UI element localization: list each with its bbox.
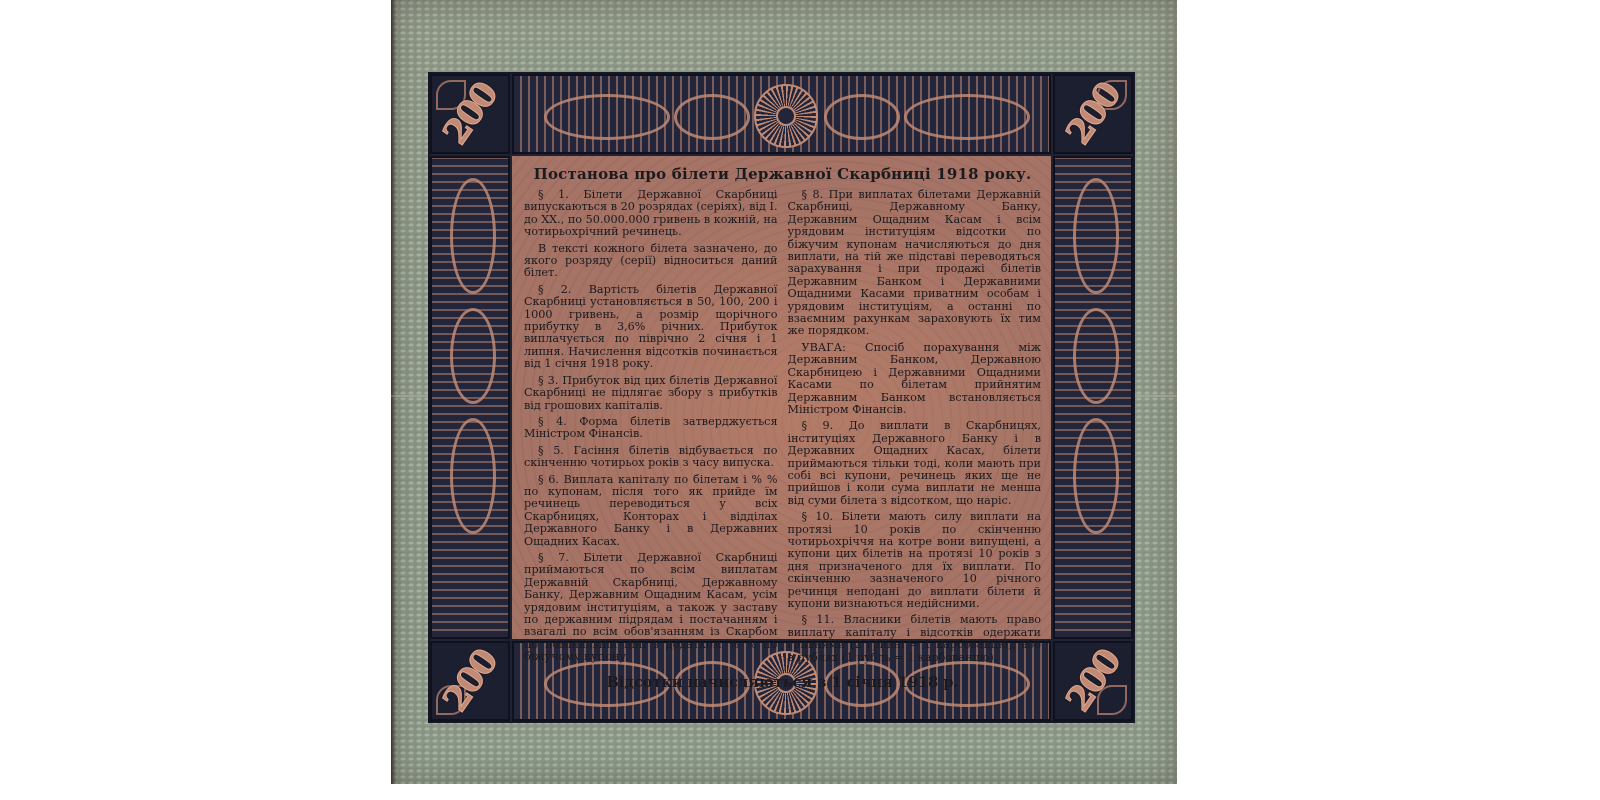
acanthus-scroll-icon xyxy=(1073,178,1119,294)
decree-columns: § 1. Білети Державної Скарбниці випускаю… xyxy=(524,189,1041,668)
top-ornament-band xyxy=(512,74,1051,154)
acanthus-scroll-icon xyxy=(450,178,496,294)
right-ornament-band xyxy=(1053,156,1133,639)
acanthus-scroll-icon xyxy=(674,94,750,140)
paragraph-7: § 7. Білети Державної Скарбниці приймают… xyxy=(524,552,778,664)
acanthus-scroll-icon xyxy=(544,94,670,140)
text-panel: Постанова про білети Державної Скарбниці… xyxy=(512,156,1051,639)
acanthus-scroll-icon xyxy=(450,418,496,534)
left-column: § 1. Білети Державної Скарбниці випускаю… xyxy=(524,189,778,668)
paragraph-8: § 8. При виплатах білетами Державній Ска… xyxy=(788,189,1042,338)
paragraph-3: § 3. Прибуток від цих білетів Державної … xyxy=(524,375,778,412)
corner-denomination-bottom-right: 200 xyxy=(1053,641,1133,721)
paragraph-6: § 6. Виплата капіталу по білетам і % % п… xyxy=(524,474,778,548)
interest-footer: Відсотки начисляються з 1 січня 1918 р. xyxy=(524,674,1041,691)
paragraph-1-note: В тексті кожного білета зазначено, до як… xyxy=(524,243,778,280)
paragraph-10: § 10. Білети мають силу виплати на протя… xyxy=(788,511,1042,610)
ornamental-frame: 200 200 200 200 Постанова про білети Дер… xyxy=(428,72,1135,723)
corner-denomination-top-right: 200 xyxy=(1053,74,1133,154)
acanthus-scroll-icon xyxy=(824,94,900,140)
left-ornament-band xyxy=(430,156,510,639)
paragraph-8-note: УВАГА: Спосіб порахування між Державним … xyxy=(788,342,1042,416)
corner-denomination-top-left: 200 xyxy=(430,74,510,154)
paragraph-2: § 2. Вартість білетів Державної Скарбниц… xyxy=(524,284,778,371)
paragraph-9: § 9. До виплати в Скарбницях, інституція… xyxy=(788,420,1042,507)
acanthus-scroll-icon xyxy=(904,94,1030,140)
acanthus-scroll-icon xyxy=(450,308,496,404)
acanthus-scroll-icon xyxy=(1073,418,1119,534)
decree-title: Постанова про білети Державної Скарбниці… xyxy=(524,165,1041,183)
acanthus-scroll-icon xyxy=(1073,308,1119,404)
paragraph-5: § 5. Гасіння білетів відбувається по скі… xyxy=(524,445,778,470)
paragraph-11: § 11. Власники білетів мають право випла… xyxy=(788,614,1042,664)
banknote-reverse: 200 200 200 200 Постанова про білети Дер… xyxy=(391,0,1177,784)
paragraph-1: § 1. Білети Державної Скарбниці випускаю… xyxy=(524,189,778,239)
rosette-icon xyxy=(754,84,818,148)
paragraph-4: § 4. Форма білетів затверджується Мініст… xyxy=(524,416,778,441)
right-column: § 8. При виплатах білетами Державній Ска… xyxy=(788,189,1042,668)
corner-denomination-bottom-left: 200 xyxy=(430,641,510,721)
